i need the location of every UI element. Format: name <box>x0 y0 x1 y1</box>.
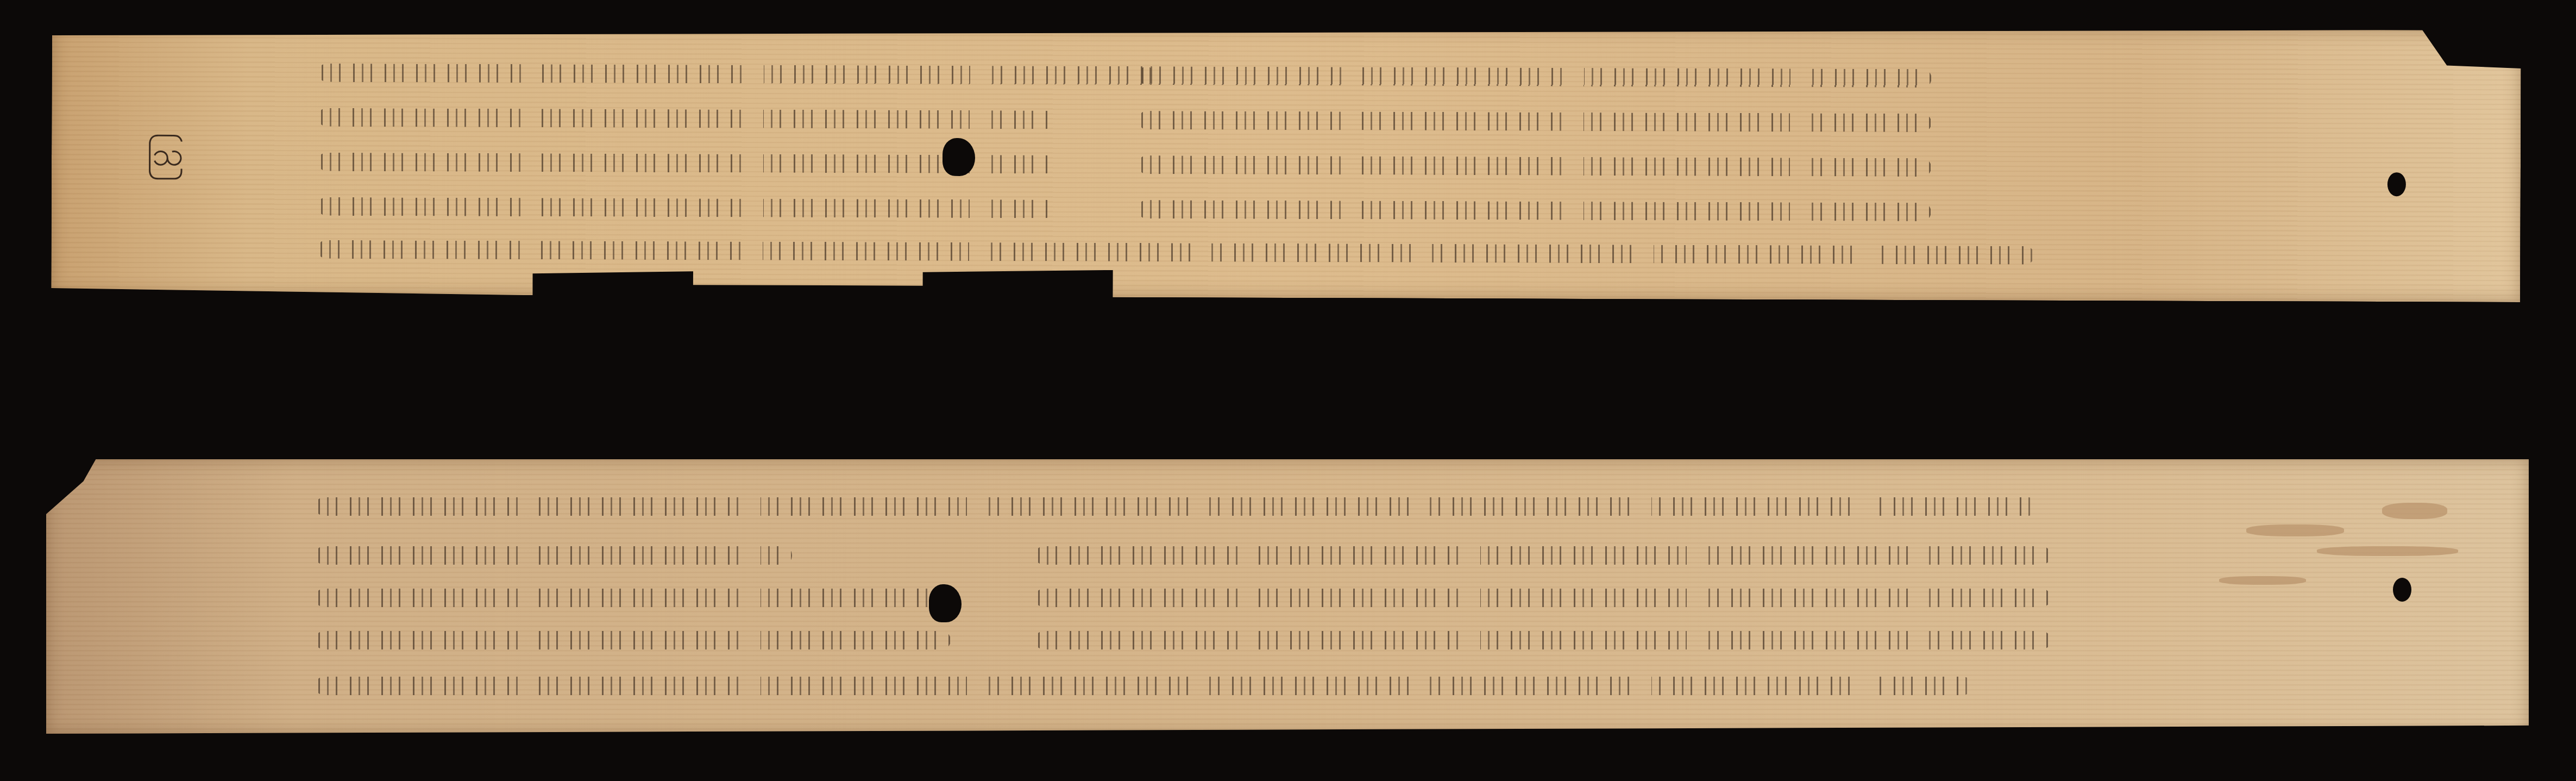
binding-hole <box>2387 172 2406 196</box>
surface-flaking <box>2382 503 2447 519</box>
script-line: [handwritten script line 2] <box>315 538 792 573</box>
leaf-bottom-left-text-block: [handwritten script line 2] [handwritten… <box>315 538 951 658</box>
surface-flaking <box>2246 524 2344 536</box>
palm-leaf-bottom: [handwritten script line 1] [handwritten… <box>46 459 2529 734</box>
script-line: [handwritten script line 1 — illegible t… <box>318 55 1154 93</box>
script-line <box>1138 58 1931 96</box>
script-line: [handwritten script line 5] <box>317 232 2034 273</box>
script-line <box>1035 580 2051 615</box>
script-line <box>1138 147 1931 185</box>
leaf-bottom-last-line: [handwritten script line 5] <box>315 668 1972 703</box>
leaf-page-numeral: ဩ <box>147 134 184 182</box>
binding-hole <box>943 138 975 176</box>
script-line: [handwritten script line 4] <box>315 623 951 658</box>
script-line: [handwritten script line 4] <box>318 189 1054 227</box>
surface-flaking <box>2317 546 2458 556</box>
binding-hole <box>2393 578 2411 602</box>
script-line: [handwritten script line 2] <box>318 100 1054 138</box>
script-line <box>1138 192 1931 229</box>
leaf-top-left-text-block: [handwritten script line 1 — illegible t… <box>318 55 1155 227</box>
leaf-bottom-right-text-block <box>1035 538 2051 658</box>
script-line: [handwritten script line 5] <box>315 668 1972 703</box>
script-line: [handwritten script line 1] <box>315 489 2037 524</box>
script-line <box>1035 538 2051 573</box>
surface-flaking <box>2219 576 2306 585</box>
binding-hole <box>929 584 962 622</box>
palm-leaf-top: ဩ [handwritten script line 1 — illegible… <box>51 22 2521 302</box>
script-line <box>1138 103 1931 140</box>
leaf-bottom-top-line: [handwritten script line 1] <box>315 489 2037 524</box>
script-line: [handwritten script line 3] <box>315 580 951 615</box>
script-line <box>1035 623 2051 658</box>
leaf-top-right-text-block <box>1138 58 1932 229</box>
leaf-top-bottom-line: [handwritten script line 5] <box>317 232 2034 273</box>
